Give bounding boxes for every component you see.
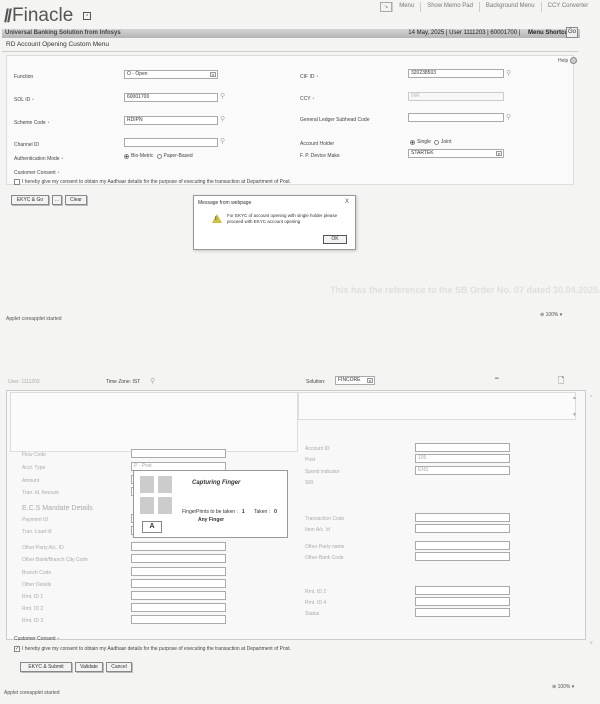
status-bar-text: Applet coreapplet started: [6, 316, 62, 322]
gl-subhead-input[interactable]: [408, 113, 504, 122]
lower-left-label: Other Party A/c. ID: [22, 545, 64, 551]
lower-consent-label-text: Customer Consent: [14, 636, 56, 642]
lower-zoom-level: 100%: [558, 684, 571, 690]
lower-left-label: Branch Code: [22, 570, 51, 576]
message-dialog: Message from webpage X ! For EKYC of acc…: [193, 195, 356, 250]
scroll-down-icon[interactable]: v: [590, 640, 593, 646]
lower-left-label: Other Bank/Branch City Code: [22, 557, 88, 563]
consent-checkbox[interactable]: [14, 179, 20, 185]
lower-right-label: Post: [305, 457, 315, 463]
lower-left-input[interactable]: [131, 567, 226, 576]
ccy-input[interactable]: INR: [408, 92, 504, 101]
lower-right-input[interactable]: ENS: [415, 466, 510, 475]
document-icon[interactable]: 🗋: [558, 375, 564, 389]
lower-consent-text: I hereby give my consent to obtain my Aa…: [22, 646, 291, 652]
lower-right-label: SRI: [305, 480, 313, 486]
lower-zoom-control[interactable]: ⊕ 100% ▾: [552, 684, 574, 690]
warning-mark: !: [215, 216, 217, 222]
lower-user: User: 1111203: [8, 379, 40, 385]
lower-right-label: Rmt. ID 4: [305, 600, 326, 606]
customer-consent-label: Customer Consent*: [14, 170, 59, 176]
function-value: O - Open: [127, 71, 148, 77]
lower-status-text: Applet coreapplet started: [4, 690, 60, 696]
lower-right-input[interactable]: [415, 541, 510, 550]
cif-id-label-text: CIF ID: [300, 74, 314, 80]
lower-right-input[interactable]: [415, 524, 510, 533]
bio-metric-label: Bio-Metric: [131, 153, 154, 159]
finacle-top-window: // Finacle ▫ ↘ Menu Show Memo Pad Backgr…: [0, 0, 600, 310]
finger-count: FingerPrints to be taken :1 Taken :0: [182, 509, 285, 515]
fp-device-select[interactable]: STARTEK v: [408, 149, 504, 158]
scheme-code-input[interactable]: RDIPN: [124, 116, 218, 125]
search-icon[interactable]: ⚲: [506, 113, 511, 121]
display-icon[interactable]: ═: [495, 376, 499, 382]
lower-left-input[interactable]: [131, 615, 226, 624]
ok-button[interactable]: OK: [323, 235, 347, 244]
sol-id-label-text: SOL ID: [14, 97, 30, 103]
zoom-control[interactable]: ⊕ 100% ▾: [540, 312, 562, 318]
validate-button[interactable]: Validate: [75, 662, 103, 672]
taken-value: 0: [274, 509, 277, 515]
help-icon: [570, 57, 577, 64]
logo-text: Finacle: [12, 5, 73, 27]
consent-row: I hereby give my consent to obtain my Aa…: [14, 179, 291, 185]
lower-left-input[interactable]: [131, 579, 226, 588]
ccy-label-text: CCY: [300, 96, 311, 102]
lower-right-input[interactable]: [415, 608, 510, 617]
auth-mode-radio-group: Bio-Metric Paper-Based: [124, 153, 193, 159]
lower-left-input[interactable]: [131, 554, 226, 563]
lower-right-label: Rmt. ID 2: [305, 589, 326, 595]
paper-based-radio[interactable]: [157, 154, 162, 159]
gl-subhead-label: General Ledger Subhead Code: [300, 117, 370, 123]
solution-label: Solution:: [306, 379, 325, 385]
lower-left-input[interactable]: [131, 449, 226, 458]
blank-button[interactable]: ...: [52, 195, 62, 205]
scheme-code-label: Scheme Code*: [14, 120, 49, 126]
scroll-up-icon[interactable]: ▲: [572, 395, 577, 401]
top-menu: ↘ Menu Show Memo Pad Background Menu CCY…: [380, 2, 594, 12]
lower-consent-label: Customer Consent*: [14, 636, 59, 642]
menu-link[interactable]: Menu: [392, 2, 420, 12]
to-be-taken-label: FingerPrints to be taken :: [182, 509, 238, 515]
lower-right-input[interactable]: [415, 597, 510, 606]
lower-right-input[interactable]: [415, 513, 510, 522]
lower-consent-checkbox[interactable]: ✓: [14, 646, 20, 652]
device-logo-icon: A: [142, 521, 162, 533]
background-menu-link[interactable]: Background Menu: [479, 2, 541, 12]
lower-right-input[interactable]: [415, 443, 510, 452]
page-title: RD Account Opening Custom Menu: [6, 41, 109, 48]
lower-right-label: Item A/c. Id: [305, 527, 330, 533]
lower-right-label: Other Party name: [305, 544, 344, 550]
arrow-icon[interactable]: ↘: [380, 2, 392, 12]
lower-left-label: Tran. Id. Amount: [22, 490, 59, 496]
fingerprint-image: [140, 476, 172, 514]
paper-based-label: Paper-Based: [164, 153, 193, 159]
show-memo-pad-link[interactable]: Show Memo Pad: [420, 2, 479, 12]
finger-capture-title: Capturing Finger: [192, 480, 240, 486]
ccy-label: CCY*: [300, 96, 314, 102]
ekyc-submit-button[interactable]: EKYC & Submit: [20, 662, 72, 672]
lower-right-label: Account ID: [305, 446, 329, 452]
scroll-up-icon[interactable]: ^: [590, 395, 592, 401]
lower-left-label: Rmt. ID 2: [22, 606, 43, 612]
account-holder-radio-group: Single Joint: [410, 139, 451, 145]
help-label: Help: [558, 58, 568, 64]
cif-id-label: CIF ID*: [300, 74, 318, 80]
lower-right-input[interactable]: 105: [415, 454, 510, 463]
ekyc-go-button[interactable]: EKYC & Go: [11, 195, 49, 205]
to-be-taken-value: 1: [242, 509, 245, 515]
ccy-converter-link[interactable]: CCY Converter: [541, 2, 595, 12]
session-date: 14 May, 2025: [408, 30, 444, 36]
divider: [2, 51, 578, 52]
cif-id-input[interactable]: 320238503: [408, 69, 504, 78]
fp-device-label: F. P. Device Make: [300, 153, 340, 159]
lower-right-label: Other Bank Code: [305, 555, 344, 561]
lower-consent-row: ✓ I hereby give my consent to obtain my …: [14, 646, 291, 652]
finacle-logo: // Finacle ▫: [4, 4, 91, 28]
consent-text: I hereby give my consent to obtain my Aa…: [22, 179, 291, 185]
channel-id-label: Channel ID: [14, 142, 39, 148]
search-icon[interactable]: ⚲: [220, 92, 225, 100]
help-link[interactable]: Help: [558, 57, 577, 64]
search-icon[interactable]: ⚲: [506, 69, 511, 77]
single-radio[interactable]: [410, 140, 415, 145]
chevron-down-icon: v: [496, 151, 502, 156]
lower-left-label: Other Details: [22, 582, 51, 588]
window-icon[interactable]: ▫: [83, 12, 91, 20]
lower-left-label: E.C.S Mandate Details: [22, 505, 93, 512]
session-info: 14 May, 2025 | User 1111203 | 60001700 |…: [408, 29, 580, 38]
header-banner: Universal Banking Solution from Infosys …: [2, 29, 580, 38]
fp-device-value: STARTEK: [411, 150, 434, 156]
single-label: Single: [417, 139, 431, 145]
timezone-label: Time Zone: IST: [106, 379, 140, 385]
sol-id-input[interactable]: 60001700: [124, 93, 218, 102]
warning-icon: [212, 214, 222, 223]
session-user: User 1111203: [449, 30, 485, 36]
auth-mode-label: Authentication Mode*: [14, 156, 63, 162]
lower-left-label: Acct. Type: [22, 465, 45, 471]
lower-top-panel-right: [298, 392, 576, 420]
lower-left-input[interactable]: [131, 591, 226, 600]
lower-left-label: Flow Code: [22, 452, 46, 458]
tagline: Universal Banking Solution from Infosys: [5, 29, 121, 38]
lower-left-label: Tran. Load Id: [22, 529, 52, 535]
lower-left-label: Payment ID: [22, 517, 48, 523]
taken-label: Taken :: [254, 509, 270, 515]
lower-left-label: Amount: [22, 478, 39, 484]
function-label: Function: [14, 74, 33, 80]
channel-id-input[interactable]: [124, 138, 218, 147]
chevron-down-icon: v: [367, 378, 373, 383]
chevron-down-icon: v: [210, 72, 216, 77]
auth-mode-label-text: Authentication Mode: [14, 156, 60, 162]
account-holder-label: Account Holder: [300, 141, 334, 147]
solution-select[interactable]: FINCORE v: [335, 376, 375, 385]
joint-radio[interactable]: [434, 140, 439, 145]
lower-toolbar: User: 1111203 Time Zone: IST ⚲ Solution:…: [0, 375, 600, 387]
lower-left-label: Rmt. ID 3: [22, 618, 43, 624]
dialog-message: For EKYC of account opening with single …: [227, 213, 347, 224]
search-icon[interactable]: ⚲: [220, 137, 225, 145]
bio-metric-radio[interactable]: [124, 154, 129, 159]
joint-label: Joint: [441, 139, 452, 145]
search-icon[interactable]: ⚲: [150, 377, 155, 385]
dialog-title: Message from webpage: [198, 200, 251, 206]
search-icon[interactable]: ⚲: [220, 115, 225, 123]
lower-right-input[interactable]: [415, 586, 510, 595]
function-select[interactable]: O - Open v: [124, 70, 218, 79]
finger-capture-dialog: Capturing Finger FingerPrints to be take…: [133, 470, 288, 538]
logo-mark-icon: //: [4, 6, 10, 27]
customer-consent-label-text: Customer Consent: [14, 170, 56, 176]
scroll-down-icon[interactable]: ▼: [572, 412, 577, 418]
lower-right-label: Status: [305, 611, 319, 617]
lower-left-input[interactable]: [131, 603, 226, 612]
lower-top-panel: [10, 392, 298, 452]
any-finger-label: Any Finger: [198, 517, 224, 523]
lower-left-input[interactable]: [131, 542, 226, 551]
go-button[interactable]: Go: [566, 27, 578, 38]
lower-right-input[interactable]: [415, 552, 510, 561]
zoom-level: 100%: [546, 312, 559, 318]
lower-left-label: Rmt. ID 1: [22, 594, 43, 600]
close-icon[interactable]: X: [345, 199, 349, 205]
solution-value: FINCORE: [338, 377, 361, 383]
clear-button[interactable]: Clear: [65, 195, 87, 205]
scheme-code-label-text: Scheme Code: [14, 120, 46, 126]
sol-id-label: SOL ID*: [14, 97, 34, 103]
cancel-button[interactable]: Cancel: [106, 662, 132, 672]
lower-right-label: Spend indicator: [305, 469, 340, 475]
session-sol: 60001700: [490, 30, 517, 36]
lower-right-label: Transaction Code: [305, 516, 344, 522]
